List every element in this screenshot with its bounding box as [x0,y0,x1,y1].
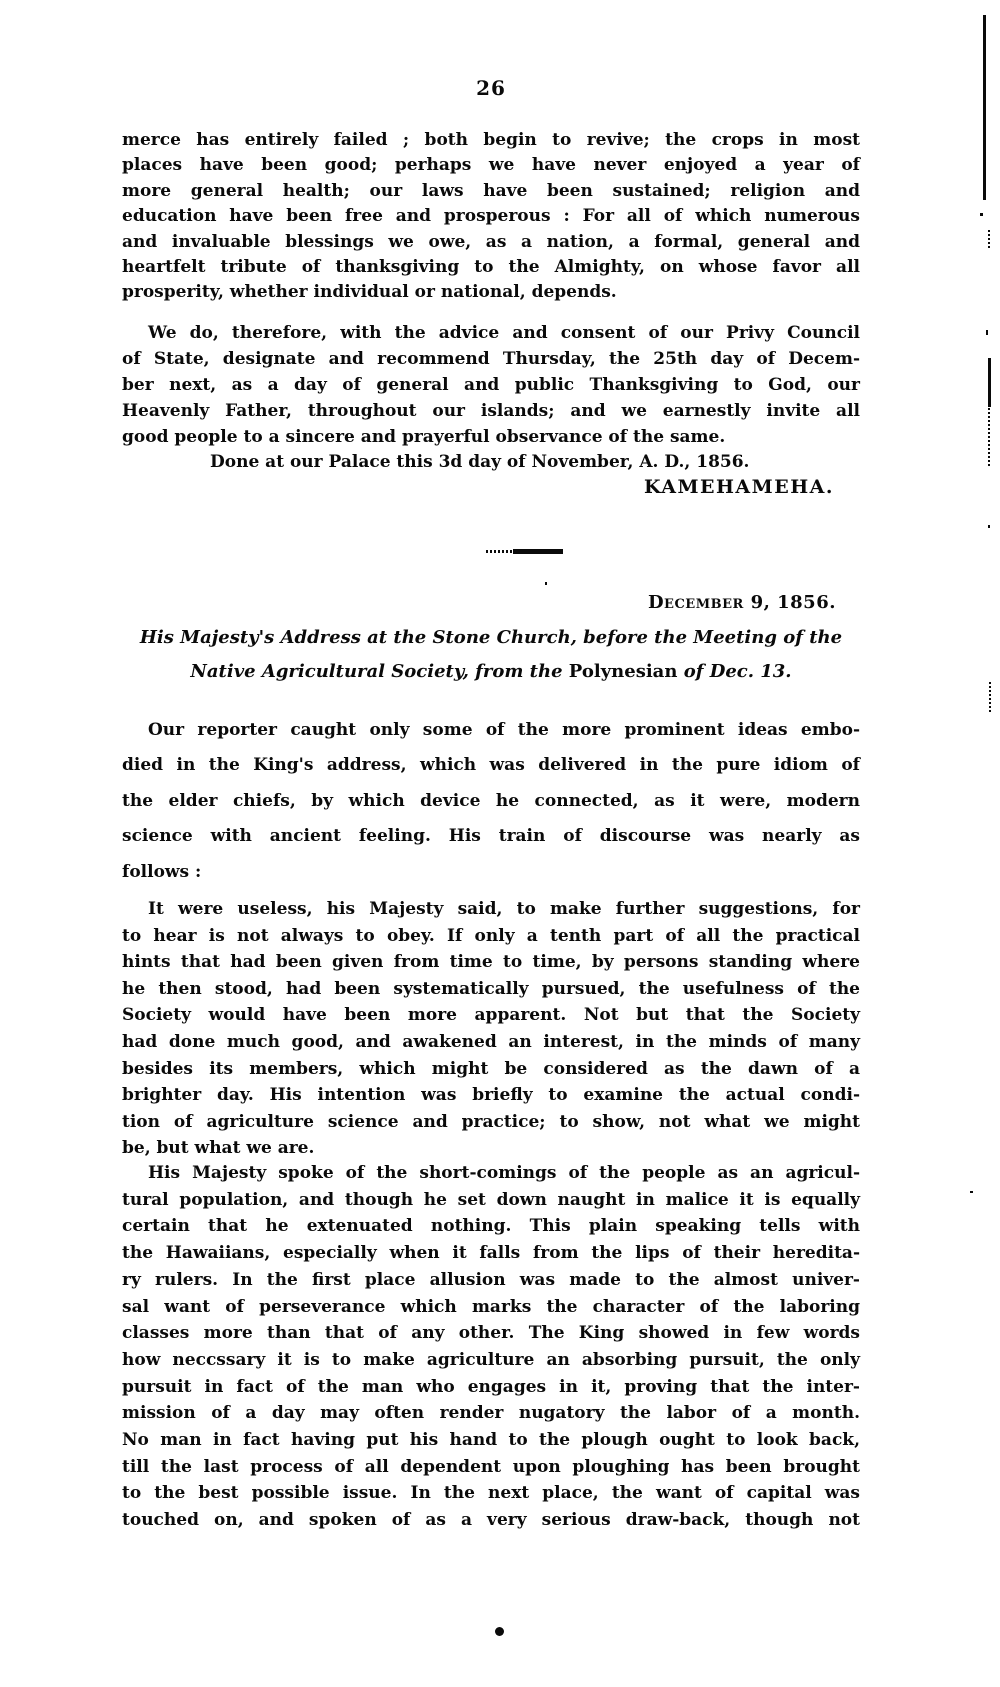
scan-artifact-bottom-dot [495,1627,504,1636]
heading-roman-polynesian: Polynesian [569,661,678,682]
text-line: heartfelt tribute of thanksgiving to the… [122,255,860,280]
text-line: had done much good, and awakened an inte… [122,1029,860,1056]
section-divider-rule [486,550,514,553]
scan-artifact-dot [986,330,988,335]
text-line: touched on, and spoken of as a very seri… [122,1507,860,1534]
text-line: classes more than that of any other. The… [122,1320,860,1347]
text-line: to hear is not always to obey. If only a… [122,923,860,950]
text-line: ry rulers. In the first place allusion w… [122,1267,860,1294]
signature-kamehameha: KAMEHAMEHA. [122,476,860,498]
text-line: how neccssary it is to make agriculture … [122,1347,860,1374]
scan-artifact-dot [980,213,983,216]
text-line: of State, designate and recommend Thursd… [122,346,860,372]
proclamation-paragraph-continued: merce has entirely failed ; both begin t… [122,128,860,306]
text-line: brighter day. His intention was briefly … [122,1082,860,1109]
text-line: tion of agriculture science and practice… [122,1109,860,1136]
text-line: tural population, and though he set down… [122,1187,860,1214]
text-line: prosperity, whether individual or nation… [122,280,860,305]
text-line: sal want of perseverance which marks the… [122,1294,860,1321]
article-heading-line2: Native Agricultural Society, from the Po… [122,661,860,682]
text-line: merce has entirely failed ; both begin t… [122,128,860,153]
article-date: December 9, 1856. [122,592,860,613]
text-line: to the best possible issue. In the next … [122,1480,860,1507]
text-line: science with ancient feeling. His train … [122,819,860,854]
heading-italic-post: of Dec. 13. [677,661,791,682]
text-line: the elder chiefs, by which device he con… [122,784,860,819]
text-line: follows : [122,855,860,890]
proclamation-dateline: Done at our Palace this 3d day of Novemb… [122,452,860,472]
text-line: ber next, as a day of general and public… [122,372,860,398]
text-line: more general health; our laws have been … [122,179,860,204]
text-line: good people to a sincere and prayerful o… [122,424,860,450]
heading-italic-pre: Native Agricultural Society, from the [190,661,568,682]
text-line: places have been good; perhaps we have n… [122,153,860,178]
text-line: No man in fact having put his hand to th… [122,1427,860,1454]
text-line: be, but what we are. [122,1135,860,1162]
text-line: mission of a day may often render nugato… [122,1400,860,1427]
scanned-book-page: 26 merce has entirely failed ; both begi… [0,0,1000,1687]
text-line: education have been free and prosperous … [122,204,860,229]
scan-artifact-dot [970,1191,973,1193]
scan-artifact-dashes [988,230,990,248]
text-line: Heavenly Father, throughout our islands;… [122,398,860,424]
text-line: he then stood, had been systematically p… [122,976,860,1003]
text-line: till the last process of all dependent u… [122,1454,860,1481]
scan-artifact-line [983,15,986,200]
text-line: pursuit in fact of the man who engages i… [122,1374,860,1401]
text-line: and invaluable blessings we owe, as a na… [122,230,860,255]
text-line: We do, therefore, with the advice and co… [122,320,860,346]
text-line: hints that had been given from time to t… [122,949,860,976]
article-paragraph-reporter: Our reporter caught only some of the mor… [122,713,860,890]
scan-artifact-dot [988,525,990,528]
article-heading-line1: His Majesty's Address at the Stone Churc… [122,627,860,648]
scan-artifact-dashes [988,408,990,467]
text-line: It were useless, his Majesty said, to ma… [122,896,860,923]
article-paragraph-shortcomings: His Majesty spoke of the short-comings o… [122,1160,860,1534]
text-line: besides its members, which might be cons… [122,1056,860,1083]
text-line: certain that he extenuated nothing. This… [122,1213,860,1240]
text-line: His Majesty spoke of the short-comings o… [122,1160,860,1187]
scan-artifact-dashes [989,682,991,712]
page-number: 26 [122,76,860,100]
article-paragraph-useless: It were useless, his Majesty said, to ma… [122,896,860,1162]
text-line: died in the King's address, which was de… [122,748,860,783]
section-divider-rule [513,549,563,554]
proclamation-paragraph-decree: We do, therefore, with the advice and co… [122,320,860,450]
text-line: Our reporter caught only some of the mor… [122,713,860,748]
text-line: Society would have been more apparent. N… [122,1002,860,1029]
scan-artifact-line [988,358,991,407]
scan-artifact-dot [545,582,547,585]
text-line: the Hawaiians, especially when it falls … [122,1240,860,1267]
